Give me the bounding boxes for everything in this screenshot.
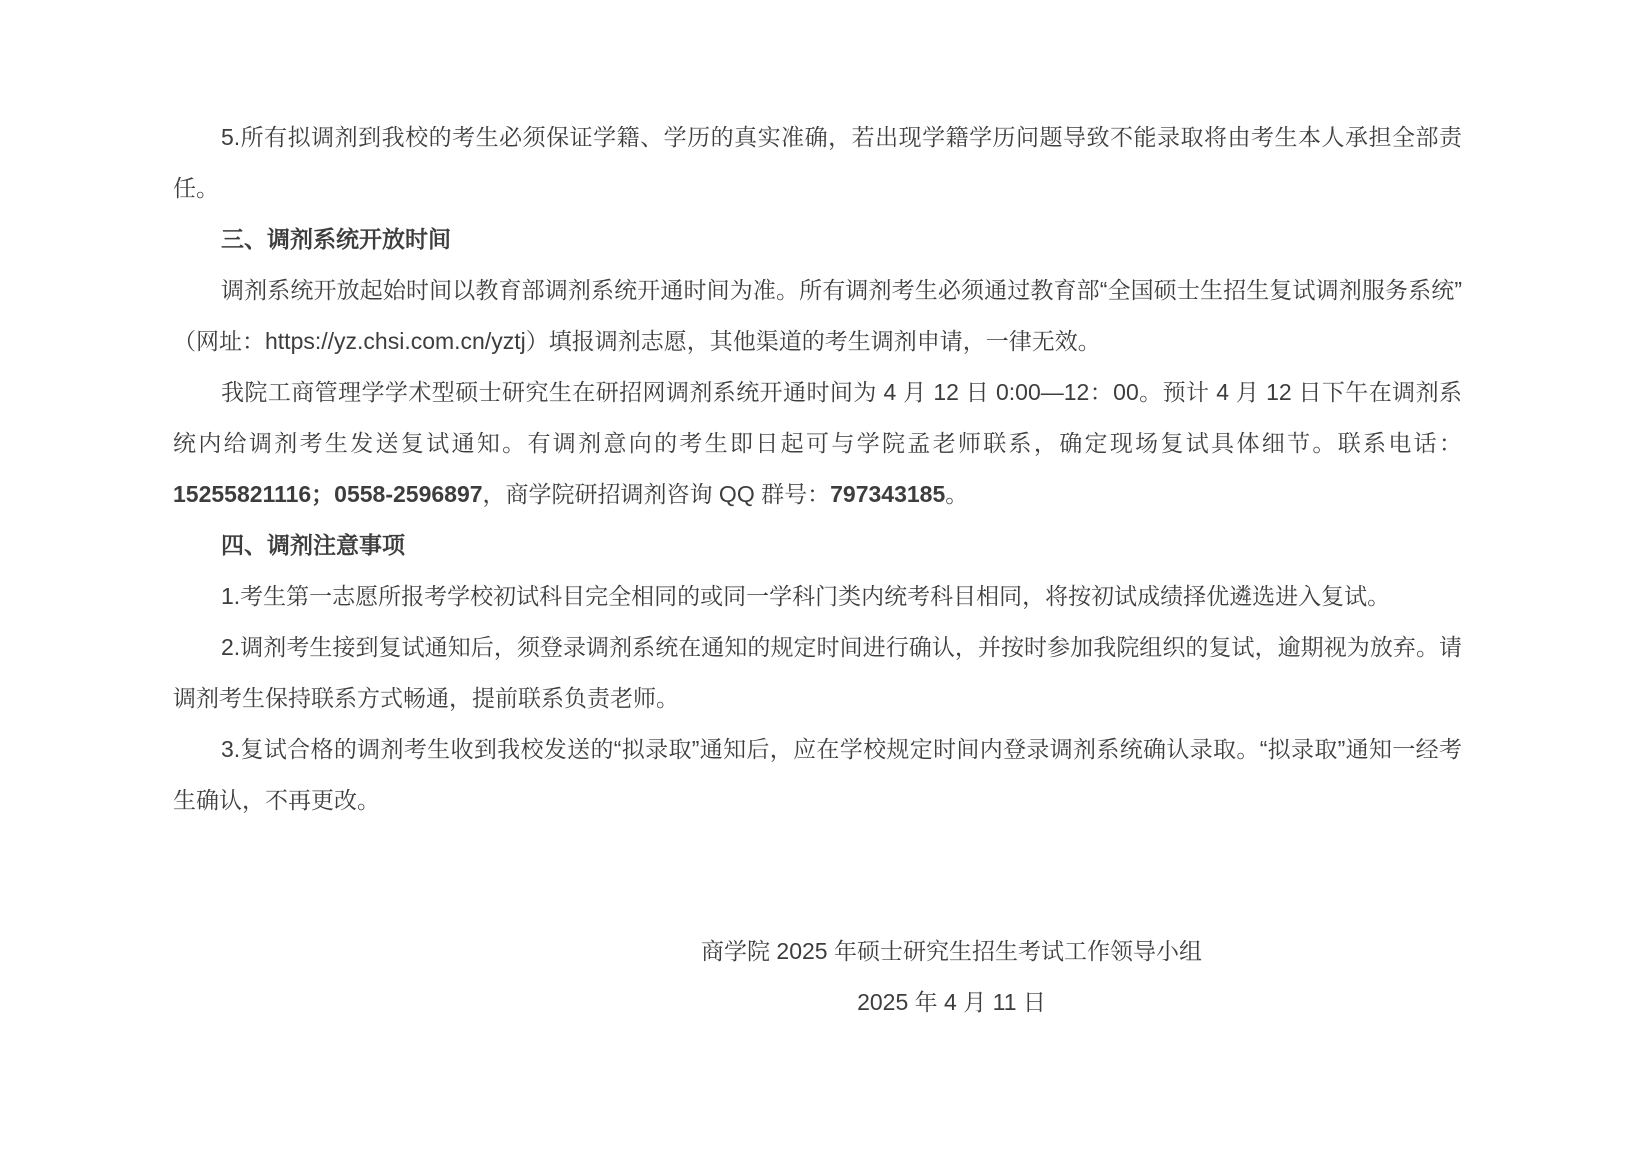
notice-item-2: 2.调剂考生接到复试通知后，须登录调剂系统在通知的规定时间进行确认，并按时参加我…: [173, 622, 1462, 724]
contact-phone-numbers: 15255821116；0558-2596897: [173, 481, 483, 507]
qq-group-number: 797343185: [830, 481, 945, 507]
schedule-text-mid: ，商学院研招调剂咨询 QQ 群号：: [483, 481, 831, 507]
heading-section-three: 三、调剂系统开放时间: [173, 214, 1462, 265]
notice-item-1: 1.考生第一志愿所报考学校初试科目完全相同的或同一学科门类内统考科目相同，将按初…: [173, 571, 1462, 622]
document-body: 5.所有拟调剂到我校的考生必须保证学籍、学历的真实准确，若出现学籍学历问题导致不…: [173, 112, 1462, 1028]
paragraph-schedule: 我院工商管理学学术型硕士研究生在研招网调剂系统开通时间为 4 月 12 日 0:…: [173, 367, 1462, 520]
document-page: 5.所有拟调剂到我校的考生必须保证学籍、学历的真实准确，若出现学籍学历问题导致不…: [0, 0, 1652, 1168]
signature-date: 2025 年 4 月 11 日: [307, 977, 1596, 1028]
paragraph-system-open: 调剂系统开放起始时间以教育部调剂系统开通时间为准。所有调剂考生必须通过教育部“全…: [173, 265, 1462, 367]
signature-block: 商学院 2025 年硕士研究生招生考试工作领导小组 2025 年 4 月 11 …: [307, 926, 1596, 1028]
paragraph-liability: 5.所有拟调剂到我校的考生必须保证学籍、学历的真实准确，若出现学籍学历问题导致不…: [173, 112, 1462, 214]
schedule-text-end: 。: [945, 481, 968, 507]
signature-line: 商学院 2025 年硕士研究生招生考试工作领导小组: [307, 926, 1596, 977]
notice-item-3: 3.复试合格的调剂考生收到我校发送的“拟录取”通知后，应在学校规定时间内登录调剂…: [173, 724, 1462, 826]
heading-section-four: 四、调剂注意事项: [173, 520, 1462, 571]
schedule-text: 我院工商管理学学术型硕士研究生在研招网调剂系统开通时间为 4 月 12 日 0:…: [173, 379, 1462, 456]
